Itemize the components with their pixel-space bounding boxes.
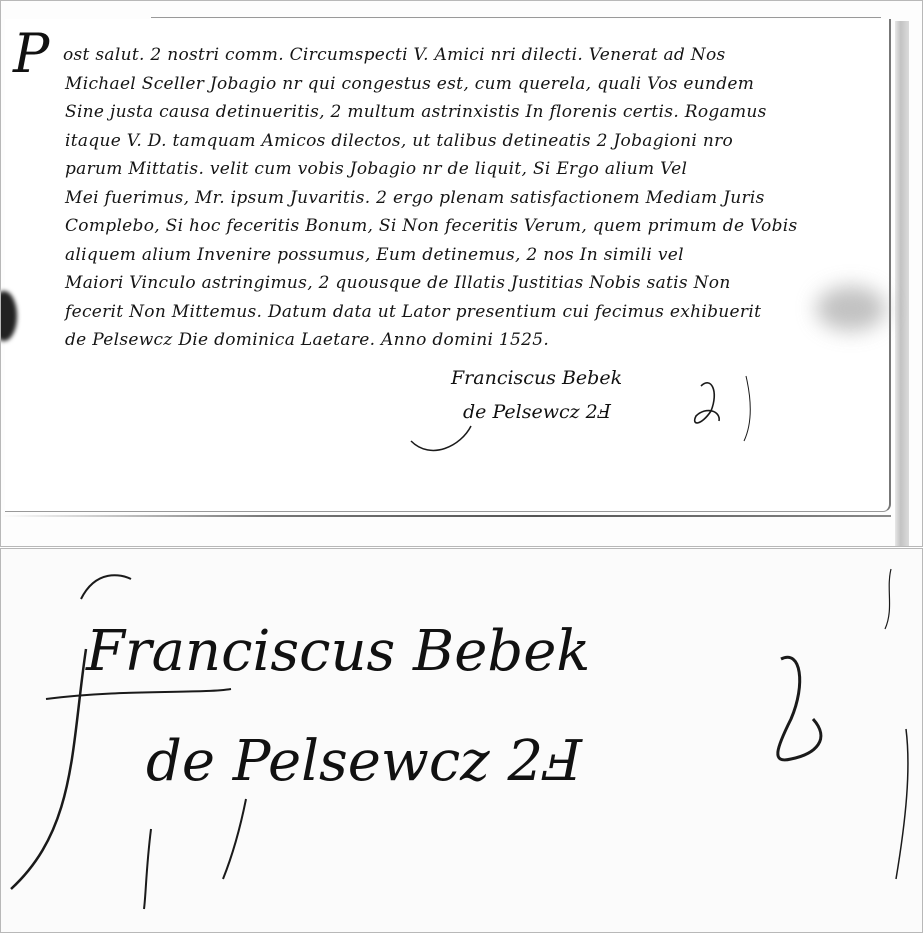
signature-small: Franciscus Bebek de Pelsewcz 2Ⅎ [451,361,622,429]
letter-line: Maiori Vinculo astringimus, 2 quousque d… [65,269,893,298]
signature-place: de Pelsewcz 2Ⅎ [463,395,622,429]
letter-line: Michael Sceller Jobagio nr qui congestus… [65,70,893,99]
letter-line: parum Mittatis. velit cum vobis Jobagio … [65,155,893,184]
letter-scan-panel: P ost salut. 2 nostri comm. Circumspecti… [0,0,923,547]
paper-edge-shadow [895,21,909,546]
letter-line: ost salut. 2 nostri comm. Circumspecti V… [63,41,893,70]
letter-line: aliquem alium Invenire possumus, Eum det… [65,241,893,270]
drop-cap: P [13,27,49,81]
paper-bottom-edge [1,515,891,517]
letter-body: ost salut. 2 nostri comm. Circumspecti V… [63,41,893,355]
signature-detail-panel: Franciscus Bebek de Pelsewcz 2Ⅎ [0,548,923,933]
signature-place-large: de Pelsewcz 2Ⅎ [146,707,590,817]
letter-line: de Pelsewcz Die dominica Laetare. Anno d… [65,326,893,355]
letter-line: fecerit Non Mittemus. Datum data ut Lato… [65,298,893,327]
letter-line: Mei fuerimus, Mr. ipsum Juvaritis. 2 erg… [65,184,893,213]
letter-line: itaque V. D. tamquam Amicos dilectos, ut… [65,127,893,156]
signature-name: Franciscus Bebek [451,361,622,395]
paper-top-edge [151,17,881,18]
letter-line: Sine justa causa detinueritis, 2 multum … [65,98,893,127]
signature-name-large: Franciscus Bebek [86,597,590,707]
letter-line: Complebo, Si hoc feceritis Bonum, Si Non… [65,212,893,241]
signature-large: Franciscus Bebek de Pelsewcz 2Ⅎ [86,597,590,817]
